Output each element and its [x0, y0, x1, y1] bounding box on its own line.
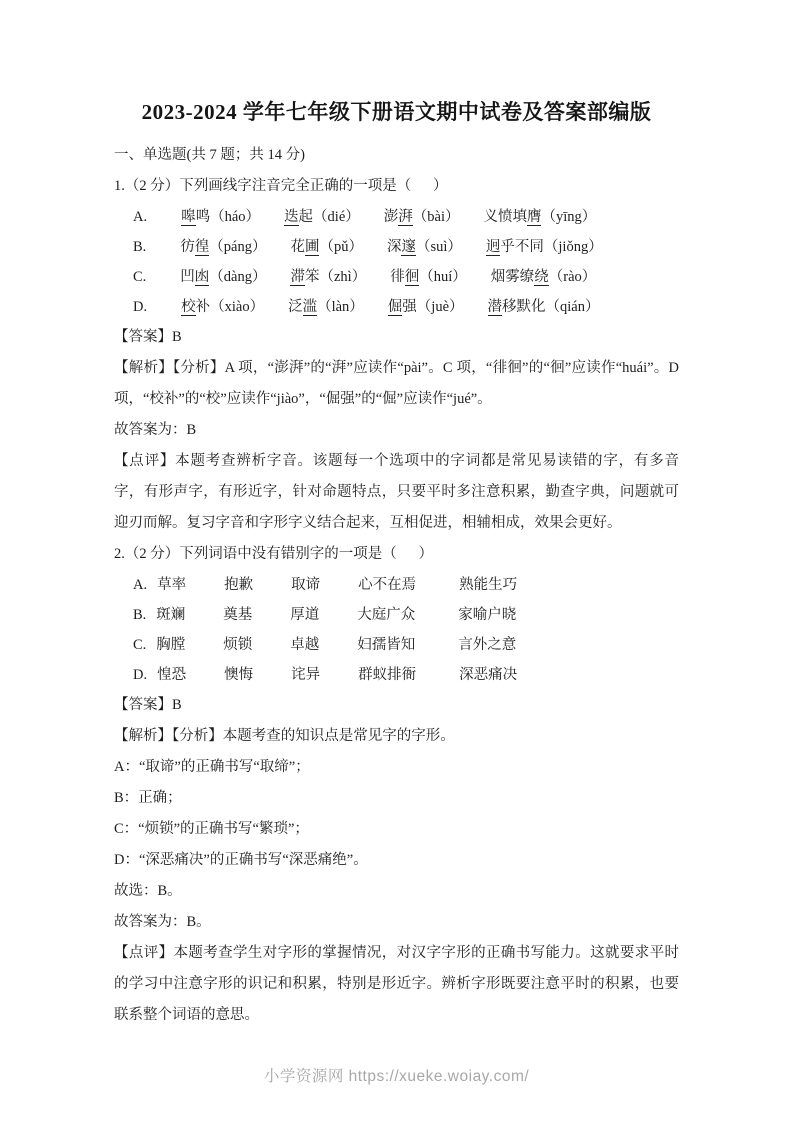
- option-word: 取谛: [291, 570, 358, 600]
- option-word: 彷徨（páng）: [180, 232, 266, 262]
- option-word: 大庭广众: [357, 600, 458, 630]
- analysis-paragraph: 【解析】【分析】A 项，“澎湃”的“湃”应读作“pài”。C 项，“徘徊”的“徊…: [114, 353, 679, 415]
- conclusion-line: 故选：B。: [114, 876, 679, 907]
- conclusion-line: 故答案为：B: [114, 415, 679, 446]
- question-options: A.嗥鸣（háo）迭起（dié）澎湃（bài）义愤填膺（yīng）B.彷徨（pá…: [114, 202, 679, 322]
- answer-value: B: [172, 697, 182, 713]
- option-row: C.胸膛烦锁卓越妇孺皆知言外之意: [114, 630, 679, 660]
- option-row: A.嗥鸣（háo）迭起（dié）澎湃（bài）义愤填膺（yīng）: [114, 202, 679, 232]
- option-word: 花圃（pǔ）: [290, 232, 363, 262]
- option-word: 泛滥（làn）: [288, 292, 364, 322]
- option-word: 抱歉: [224, 570, 291, 600]
- answer-value: B: [172, 329, 182, 345]
- analysis-item-c: C：“烦锁”的正确书写“繁琐”；: [114, 814, 679, 845]
- option-label: C.: [133, 262, 146, 292]
- underlined-char: 校: [181, 299, 196, 316]
- option-word: 凹凼（dàng）: [180, 262, 266, 292]
- question-prompt: 1.（2 分）下列画线字注音完全正确的一项是（ ）: [114, 171, 679, 202]
- option-word: 烟雾缭绕（rào）: [491, 262, 597, 292]
- underlined-char: 湃: [398, 209, 413, 226]
- question-block-1: 1.（2 分）下列画线字注音完全正确的一项是（ ） A.嗥鸣（háo）迭起（di…: [114, 171, 679, 539]
- option-row: B.斑斓奠基厚道大庭广众家喻户晓: [114, 600, 679, 630]
- option-word: 倔强（juè）: [388, 292, 464, 322]
- analysis-item-a: A：“取谛”的正确书写“取缔”；: [114, 752, 679, 783]
- option-word: 奠基: [223, 600, 290, 630]
- option-row: D.校补（xiào）泛滥（làn）倔强（juè）潜移默化（qián）: [114, 292, 679, 322]
- footer: 小学资源网 https://xueke.woiay.com/: [0, 1064, 793, 1086]
- underlined-char: 凼: [195, 269, 210, 286]
- analysis-paragraph: 【解析】【分析】本题考查的知识点是常见字的字形。: [114, 721, 679, 752]
- underlined-char: 迥: [486, 239, 501, 256]
- analysis-item-d: D：“深恶痛决”的正确书写“深恶痛绝”。: [114, 845, 679, 876]
- option-word: 迭起（dié）: [284, 202, 360, 232]
- exam-paper-page: 2023-2024 学年七年级下册语文期中试卷及答案部编版 一、单选题(共 7 …: [0, 0, 793, 1122]
- page-title: 2023-2024 学年七年级下册语文期中试卷及答案部编版: [114, 98, 679, 126]
- underlined-char: 绕: [534, 269, 549, 286]
- option-word: 校补（xiào）: [181, 292, 264, 322]
- underlined-char: 潜: [488, 299, 503, 316]
- underlined-char: 圃: [305, 239, 320, 256]
- option-label: B.: [133, 232, 146, 262]
- comment-paragraph: 【点评】本题考查学生对字形的掌握情况，对汉字字形的正确书写能力。这就要求平时的学…: [114, 938, 679, 1031]
- underlined-char: 膺: [527, 209, 542, 226]
- question-options: A.草率抱歉取谛心不在焉熟能生巧B.斑斓奠基厚道大庭广众家喻户晓C.胸膛烦锁卓越…: [114, 570, 679, 690]
- option-row: C.凹凼（dàng）滞笨（zhì）徘徊（huí）烟雾缭绕（rào）: [114, 262, 679, 292]
- underlined-char: 徊: [405, 269, 420, 286]
- option-word: 草率: [157, 570, 224, 600]
- option-label: D.: [133, 292, 147, 322]
- option-word: 义愤填膺（yīng）: [483, 202, 596, 232]
- answer-label: 【答案】: [114, 329, 172, 345]
- underlined-char: 滞: [290, 269, 305, 286]
- answer-label: 【答案】: [114, 697, 172, 713]
- option-label: D.: [133, 660, 147, 690]
- option-word: 熟能生巧: [459, 570, 517, 600]
- option-word: 深恶痛决: [459, 660, 517, 690]
- option-row: A.草率抱歉取谛心不在焉熟能生巧: [114, 570, 679, 600]
- option-row: B.彷徨（páng）花圃（pǔ）深邃（suì）迥乎不同（jiǒng）: [114, 232, 679, 262]
- option-word: 斑斓: [156, 600, 223, 630]
- answer-line: 【答案】B: [114, 322, 679, 353]
- underlined-char: 滥: [303, 299, 318, 316]
- option-word: 心不在焉: [358, 570, 459, 600]
- option-label: A.: [133, 570, 147, 600]
- option-word: 妇孺皆知: [357, 630, 458, 660]
- page-content: 2023-2024 学年七年级下册语文期中试卷及答案部编版 一、单选题(共 7 …: [0, 0, 793, 1031]
- option-word: 澎湃（bài）: [384, 202, 460, 232]
- option-word: 徘徊（huí）: [390, 262, 467, 292]
- comment-paragraph: 【点评】本题考查辨析字音。该题每一个选项中的字词都是常见易读错的字，有多音字，有…: [114, 446, 679, 539]
- option-word: 深邃（suì）: [387, 232, 462, 262]
- question-prompt: 2.（2 分）下列词语中没有错别字的一项是（ ）: [114, 539, 679, 570]
- underlined-char: 迭: [284, 209, 299, 226]
- option-word: 家喻户晓: [458, 600, 516, 630]
- option-word: 卓越: [290, 630, 357, 660]
- option-word: 烦锁: [223, 630, 290, 660]
- option-row: D.惶恐懊悔诧异群蚁排衙深恶痛决: [114, 660, 679, 690]
- underlined-char: 倔: [388, 299, 403, 316]
- option-word: 懊悔: [224, 660, 291, 690]
- underlined-char: 邃: [401, 239, 416, 256]
- option-word: 群蚁排衙: [358, 660, 459, 690]
- underlined-char: 嗥: [181, 209, 196, 226]
- option-word: 惶恐: [157, 660, 224, 690]
- answer-line: 【答案】B: [114, 690, 679, 721]
- option-label: B.: [133, 600, 146, 630]
- option-word: 诧异: [291, 660, 358, 690]
- option-word: 潜移默化（qián）: [488, 292, 600, 322]
- option-word: 言外之意: [458, 630, 516, 660]
- underlined-char: 徨: [195, 239, 210, 256]
- option-word: 迥乎不同（jiǒng）: [486, 232, 603, 262]
- option-label: A.: [133, 202, 147, 232]
- option-word: 厚道: [290, 600, 357, 630]
- option-label: C.: [133, 630, 146, 660]
- option-word: 嗥鸣（háo）: [181, 202, 260, 232]
- footer-site-text: 小学资源网 https://xueke.woiay.com/: [264, 1068, 529, 1085]
- analysis-item-b: B：正确；: [114, 783, 679, 814]
- option-word: 滞笨（zhì）: [290, 262, 366, 292]
- conclusion-line: 故答案为：B。: [114, 907, 679, 938]
- section-heading: 一、单选题(共 7 题；共 14 分): [114, 140, 679, 171]
- question-block-2: 2.（2 分）下列词语中没有错别字的一项是（ ） A.草率抱歉取谛心不在焉熟能生…: [114, 539, 679, 1031]
- option-word: 胸膛: [156, 630, 223, 660]
